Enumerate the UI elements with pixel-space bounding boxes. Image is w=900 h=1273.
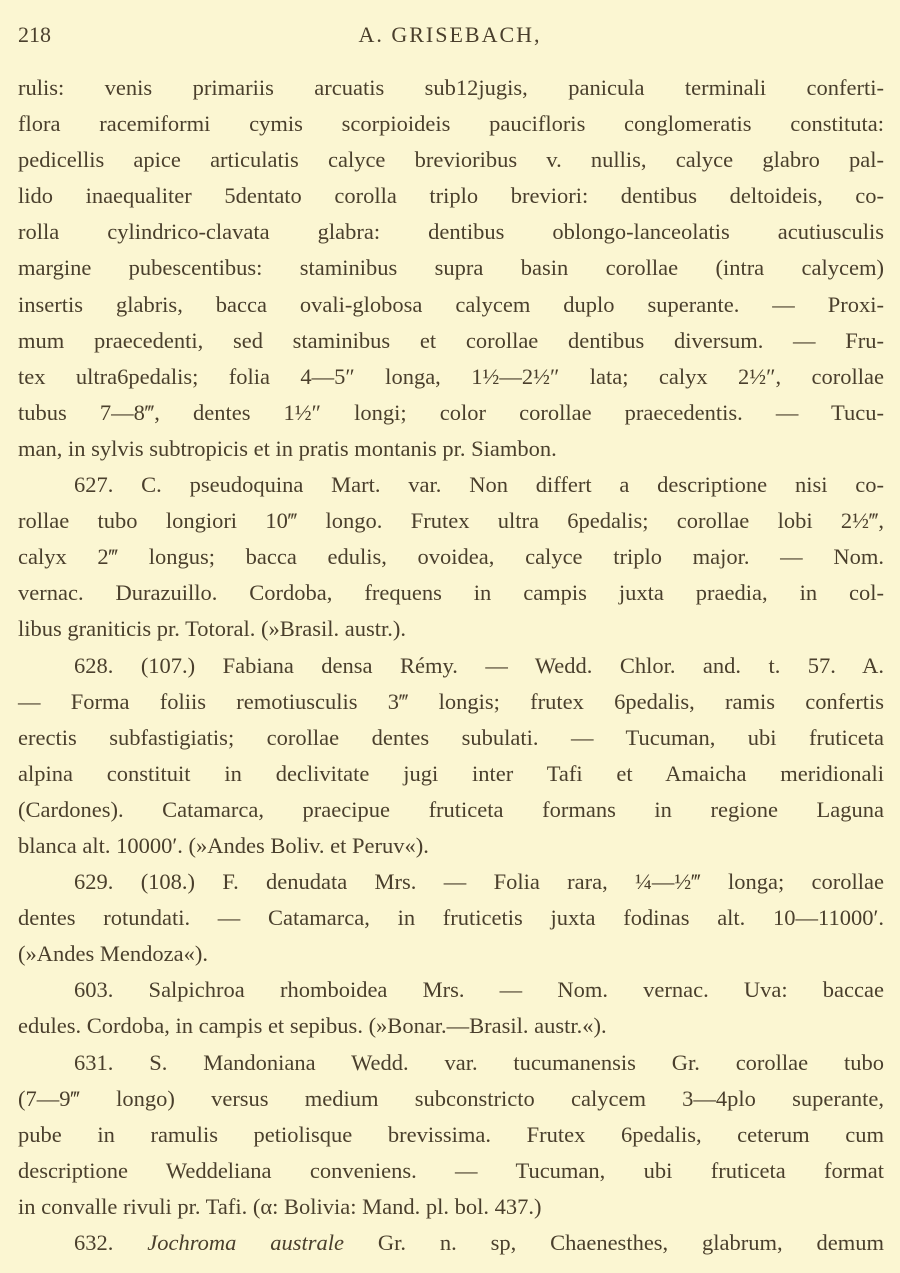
text-line: vernac. Durazuillo. Cordoba, frequens in… <box>18 575 884 611</box>
text-line: (»Andes Mendoza«). <box>18 936 884 972</box>
text-line: lido inaequaliter 5dentato corolla tripl… <box>18 178 884 214</box>
body-text: rulis: venis primariis arcuatis sub12jug… <box>18 70 884 1261</box>
text-line: in convalle rivuli pr. Tafi. (α: Bolivia… <box>18 1189 884 1225</box>
text-line: descriptione Weddeliana conveniens. — Tu… <box>18 1153 884 1189</box>
text-line: edules. Cordoba, in campis et sepibus. (… <box>18 1008 884 1044</box>
text-line: man, in sylvis subtropicis et in pratis … <box>18 431 884 467</box>
entry-632-start: 632. Jochroma australe Gr. n. sp, Chaene… <box>18 1225 884 1261</box>
text-line: (7—9‴ longo) versus medium subconstricto… <box>18 1081 884 1117</box>
text-line: tex ultra6pedalis; folia 4—5″ longa, 1½—… <box>18 359 884 395</box>
text-line: libus graniticis pr. Totoral. (»Brasil. … <box>18 611 884 647</box>
text-line: — Forma foliis remotiusculis 3‴ longis; … <box>18 684 884 720</box>
text-line: mum praecedenti, sed staminibus et corol… <box>18 323 884 359</box>
text-line: pedicellis apice articulatis calyce brev… <box>18 142 884 178</box>
species-name: Jochroma australe <box>147 1230 344 1255</box>
entry-631-start: 631. S. Mandoniana Wedd. var. tucumanens… <box>18 1045 884 1081</box>
entry-629-start: 629. (108.) F. denudata Mrs. — Folia rar… <box>18 864 884 900</box>
text-line: flora racemiformi cymis scorpioideis pau… <box>18 106 884 142</box>
text-line: tubus 7—8‴, dentes 1½″ longi; color coro… <box>18 395 884 431</box>
text-line: alpina constituit in declivitate jugi in… <box>18 756 884 792</box>
entry-text: Gr. n. sp, Chaenesthes, glabrum, demum <box>344 1230 884 1255</box>
text-line: rulis: venis primariis arcuatis sub12jug… <box>18 70 884 106</box>
page-header: 218 A. GRISEBACH, <box>18 18 882 52</box>
entry-603-start: 603. Salpichroa rhomboidea Mrs. — Nom. v… <box>18 972 884 1008</box>
text-line: dentes rotundati. — Catamarca, in frutic… <box>18 900 884 936</box>
text-line: rolla cylindrico-clavata glabra: dentibu… <box>18 214 884 250</box>
text-line: (Cardones). Catamarca, praecipue frutice… <box>18 792 884 828</box>
document-page: 218 A. GRISEBACH, rulis: venis primariis… <box>0 0 900 1273</box>
text-line: rollae tubo longiori 10‴ longo. Frutex u… <box>18 503 884 539</box>
text-line: calyx 2‴ longus; bacca edulis, ovoidea, … <box>18 539 884 575</box>
running-head: A. GRISEBACH, <box>18 18 882 52</box>
entry-628-start: 628. (107.) Fabiana densa Rémy. — Wedd. … <box>18 648 884 684</box>
text-line: blanca alt. 10000′. (»Andes Boliv. et Pe… <box>18 828 884 864</box>
entry-number: 632. <box>74 1230 147 1255</box>
entry-627-start: 627. C. pseudoquina Mart. var. Non diffe… <box>18 467 884 503</box>
text-line: pube in ramulis petiolisque brevissima. … <box>18 1117 884 1153</box>
text-line: margine pubescentibus: staminibus supra … <box>18 250 884 286</box>
text-line: erectis subfastigiatis; corollae dentes … <box>18 720 884 756</box>
text-line: insertis glabris, bacca ovali-globosa ca… <box>18 287 884 323</box>
